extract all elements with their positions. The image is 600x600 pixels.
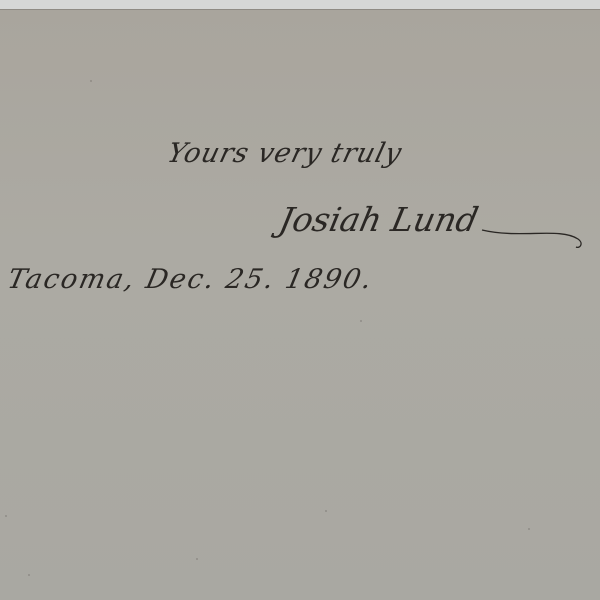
paper-speck xyxy=(360,320,362,322)
letter-closing: Yours very truly xyxy=(164,138,405,169)
paper-speck xyxy=(528,528,530,530)
place-and-date: Tacoma, Dec. 25. 1890. xyxy=(5,264,377,295)
signature: Josiah Lund xyxy=(276,200,482,239)
letter-paper xyxy=(0,9,600,600)
paper-speck xyxy=(325,510,327,512)
paper-speck xyxy=(5,515,7,517)
paper-speck xyxy=(28,574,30,576)
paper-speck xyxy=(196,558,198,560)
paper-speck xyxy=(90,80,92,82)
signature-flourish xyxy=(480,225,590,255)
